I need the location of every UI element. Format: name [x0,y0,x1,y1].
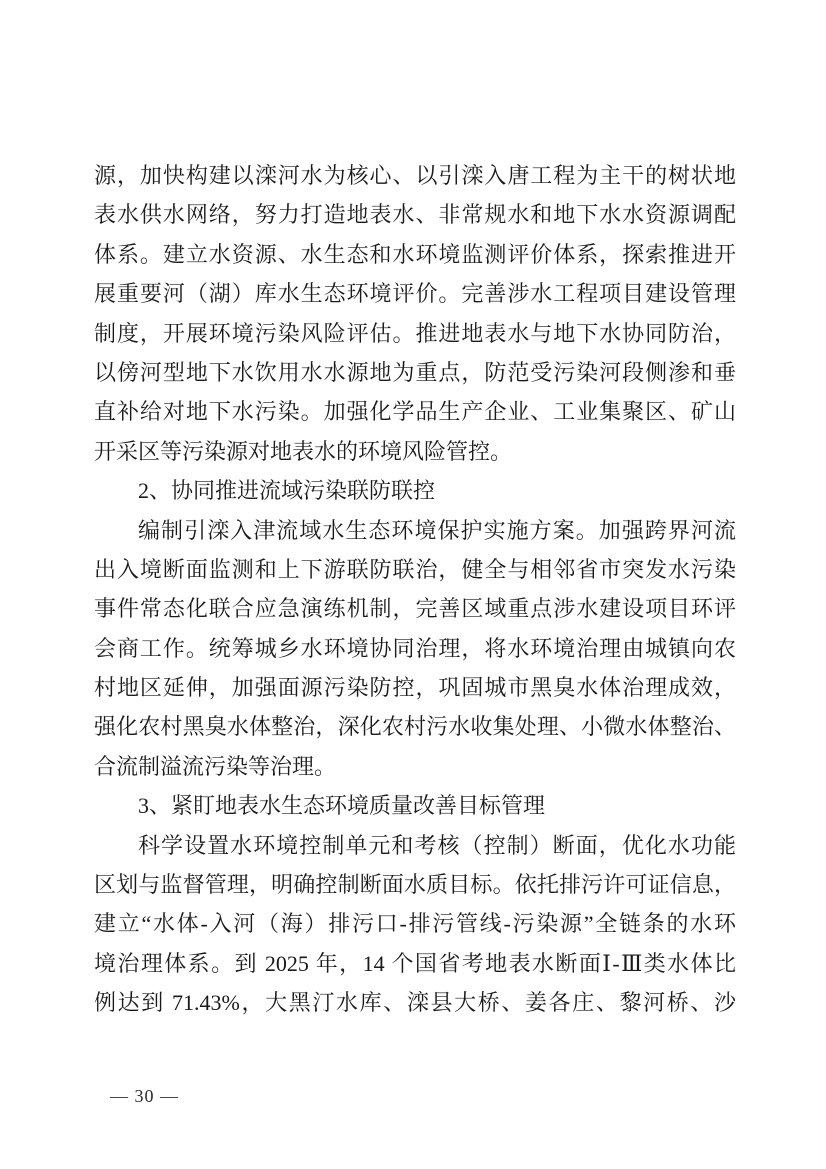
text-line: 事件常态化联合应急演练机制，完善区域重点涉水建设项目环评 [94,589,736,628]
text-line: 体系。建立水资源、水生态和水环境监测评价体系，探索推进开 [94,235,736,274]
text-line: 出入境断面监测和上下游联防联治，健全与相邻省市突发水污染 [94,550,736,589]
document-body: 源，加快构建以滦河水为核心、以引滦入唐工程为主干的树状地 表水供水网络，努力打造… [94,156,736,1023]
text-line: 强化农村黑臭水体整治，深化农村污水收集处理、小微水体整治、 [94,707,736,746]
text-line: 村地区延伸，加强面源污染防控，巩固城市黑臭水体治理成效， [94,668,736,707]
page-footer: — 30 — [110,1083,179,1109]
paragraph-last-line: 合流制溢流污染等治理。 [94,747,736,786]
text-line: 源，加快构建以滦河水为核心、以引滦入唐工程为主干的树状地 [94,156,736,195]
text-line: 境治理体系。到 2025 年，14 个国省考地表水断面Ⅰ-Ⅲ类水体比 [94,944,736,983]
text-line: 制度，开展环境污染风险评估。推进地表水与地下水协同防治， [94,314,736,353]
text-line: 展重要河（湖）库水生态环境评价。完善涉水工程项目建设管理 [94,274,736,313]
text-line: 区划与监督管理，明确控制断面水质目标。依托排污许可证信息， [94,865,736,904]
text-line: 以傍河型地下水饮用水水源地为重点，防范受污染河段侧渗和垂 [94,353,736,392]
paragraph-first-line: 编制引滦入津流域水生态环境保护实施方案。加强跨界河流 [94,511,736,550]
text-line: 例达到 71.43%，大黑汀水库、滦县大桥、姜各庄、黎河桥、沙 [94,983,736,1022]
page-number: — 30 — [110,1086,179,1106]
text-line: 会商工作。统筹城乡水环境协同治理，将水环境治理由城镇向农 [94,629,736,668]
paragraph-last-line: 开采区等污染源对地表水的环境风险管控。 [94,432,736,471]
paragraph-first-line: 科学设置水环境控制单元和考核（控制）断面，优化水功能 [94,826,736,865]
text-line: 建立“水体-入河（海）排污口-排污管线-污染源”全链条的水环 [94,904,736,943]
subsection-heading: 3、紧盯地表水生态环境质量改善目标管理 [94,786,736,825]
scanned-document-page: 源，加快构建以滦河水为核心、以引滦入唐工程为主干的树状地 表水供水网络，努力打造… [0,0,826,1169]
text-line: 直补给对地下水污染。加强化学品生产企业、工业集聚区、矿山 [94,392,736,431]
text-line: 表水供水网络，努力打造地表水、非常规水和地下水水资源调配 [94,195,736,234]
subsection-heading: 2、协同推进流域污染联防联控 [94,471,736,510]
